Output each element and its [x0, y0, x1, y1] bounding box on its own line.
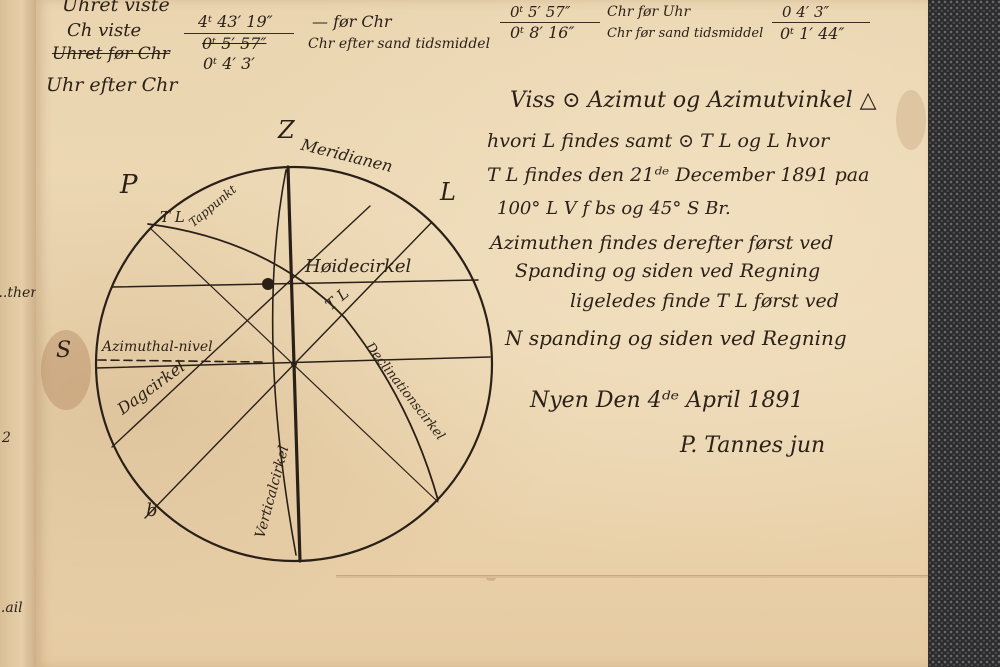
- height-circle-label: Høidecirkel: [305, 258, 411, 276]
- center-point: [291, 361, 297, 367]
- azimuth-label: Azimuthal-nivel: [102, 340, 213, 354]
- celestial-sphere-diagram: [0, 0, 1000, 667]
- bottom-mark: b: [146, 502, 158, 520]
- pole-point: [262, 278, 274, 290]
- zenith-label: Z: [278, 118, 295, 142]
- south-label: S: [56, 340, 71, 362]
- tl-point-label: T L: [160, 210, 185, 225]
- pole-label: P: [120, 172, 138, 198]
- parallel-chord: [112, 280, 478, 287]
- horizon-point-label: L: [440, 180, 456, 204]
